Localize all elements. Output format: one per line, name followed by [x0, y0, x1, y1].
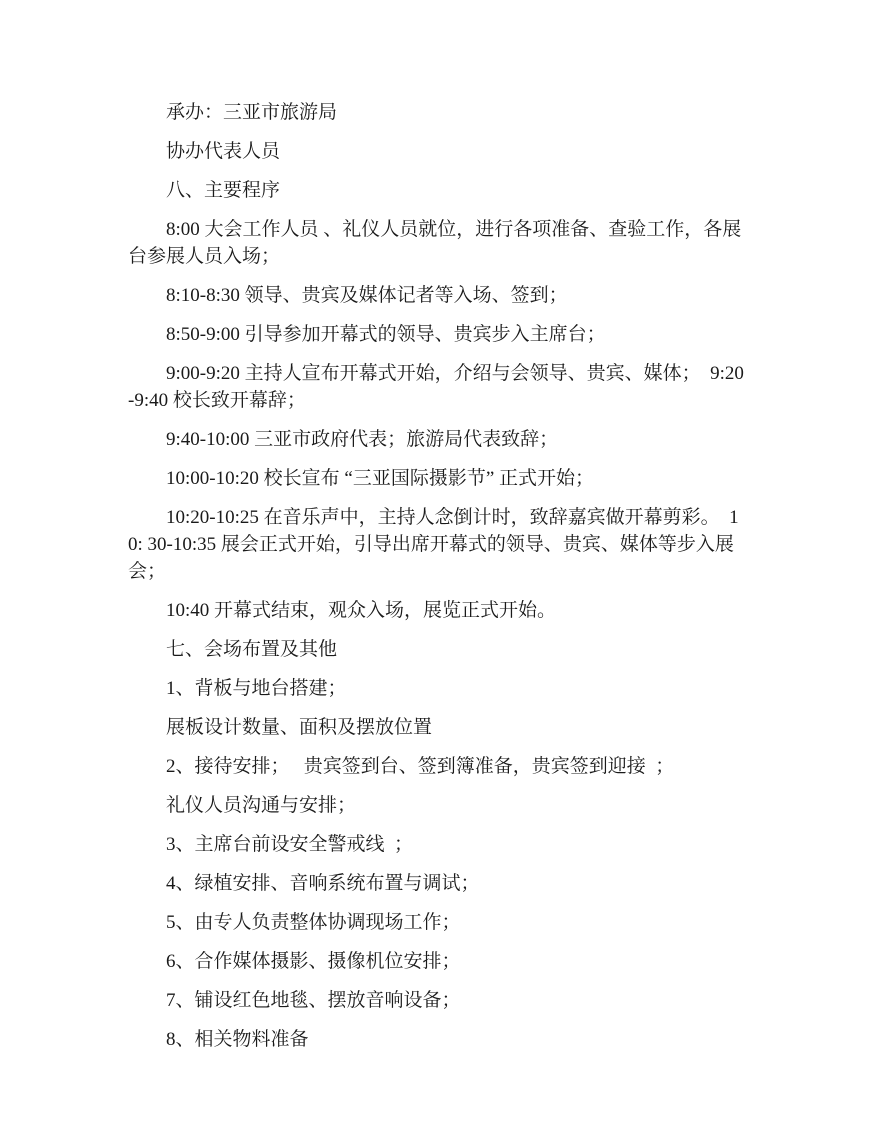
doc-paragraph-etiquette: 礼仪人员沟通与安排；: [128, 792, 744, 819]
doc-paragraph-panel-design: 展板设计数量、面积及摆放位置: [128, 714, 744, 741]
doc-paragraph-schedule-0900: 9:00-9:20 主持人宣布开幕式开始，介绍与会领导、贵宾、媒体； 9:20-…: [128, 360, 744, 414]
doc-paragraph-item-4: 4、绿植安排、音响系统布置与调试；: [128, 870, 744, 897]
doc-paragraph-schedule-1020: 10:20-10:25 在音乐声中，主持人念倒计时，致辞嘉宾做开幕剪彩。 10:…: [128, 504, 744, 585]
doc-paragraph-item-6: 6、合作媒体摄影、摄像机位安排；: [128, 948, 744, 975]
doc-paragraph-schedule-0850: 8:50-9:00 引导参加开幕式的领导、贵宾步入主席台；: [128, 321, 744, 348]
document-page: 承办：三亚市旅游局 协办代表人员 八、主要程序 8:00 大会工作人员 、礼仪人…: [0, 0, 884, 1144]
doc-paragraph-item-7: 7、铺设红色地毯、摆放音响设备；: [128, 987, 744, 1014]
doc-paragraph-coorganizer: 协办代表人员: [128, 138, 744, 165]
doc-paragraph-schedule-0800: 8:00 大会工作人员 、礼仪人员就位，进行各项准备、查验工作，各展台参展人员入…: [128, 216, 744, 270]
doc-paragraph-schedule-1000: 10:00-10:20 校长宣布 “三亚国际摄影节” 正式开始；: [128, 465, 744, 492]
doc-paragraph-schedule-1040: 10:40 开幕式结束，观众入场，展览正式开始。: [128, 597, 744, 624]
doc-heading-venue-setup: 七、会场布置及其他: [128, 636, 744, 663]
doc-paragraph-organizer: 承办：三亚市旅游局: [128, 99, 744, 126]
doc-paragraph-schedule-0940: 9:40-10:00 三亚市政府代表；旅游局代表致辞；: [128, 426, 744, 453]
doc-paragraph-item-5: 5、由专人负责整体协调现场工作；: [128, 909, 744, 936]
doc-paragraph-item-8: 8、相关物料准备: [128, 1026, 744, 1053]
document-body: 承办：三亚市旅游局 协办代表人员 八、主要程序 8:00 大会工作人员 、礼仪人…: [128, 99, 744, 1053]
doc-paragraph-item-2: 2、接待安排； 贵宾签到台、签到簿准备，贵宾签到迎接 ；: [128, 753, 744, 780]
doc-heading-main-program: 八、主要程序: [128, 177, 744, 204]
doc-paragraph-item-3: 3、主席台前设安全警戒线 ；: [128, 831, 744, 858]
doc-paragraph-schedule-0810: 8:10-8:30 领导、贵宾及媒体记者等入场、签到；: [128, 282, 744, 309]
doc-paragraph-item-1: 1、背板与地台搭建；: [128, 675, 744, 702]
